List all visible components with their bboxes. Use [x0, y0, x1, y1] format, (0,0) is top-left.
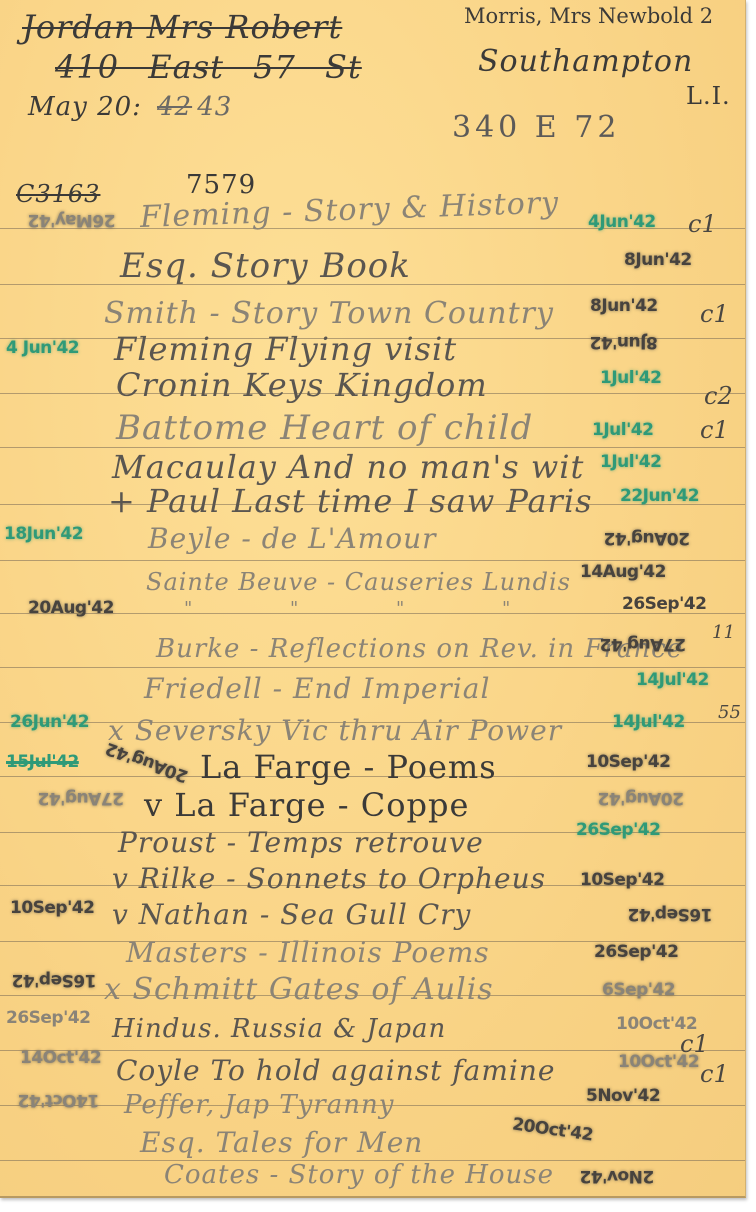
date-stamp-right: 5Nov'42: [586, 1086, 660, 1106]
new-address-line1: Southampton: [478, 44, 693, 79]
date-stamp-right: 14Aug'42: [580, 562, 666, 582]
date-stamp-right: 2Nov'42: [580, 1166, 654, 1186]
book-entry: " " " ": [184, 598, 511, 619]
old-name: Jordan Mrs Robert: [22, 8, 342, 46]
date-line-year: 43: [197, 92, 232, 122]
book-entry: Esq. Tales for Men: [140, 1126, 423, 1159]
copy-mark: 55: [718, 702, 741, 723]
copy-mark: 11: [712, 622, 735, 643]
ruled-line: [0, 1050, 745, 1051]
date-stamp-left: 26Sep'42: [6, 1008, 90, 1028]
old-account-number: C3163: [16, 180, 100, 208]
copy-mark: c1: [700, 300, 729, 328]
date-stamp-right: 1Jul'42: [600, 452, 661, 472]
date-stamp-right: 26Sep'42: [594, 942, 678, 962]
book-entry: Hindus. Russia & Japan: [112, 1014, 446, 1044]
date-stamp-right: 8Jun'42: [590, 332, 658, 352]
book-entry: x Seversky Vic thru Air Power: [108, 714, 562, 747]
book-entry: v La Farge - Coppe: [144, 786, 469, 824]
book-entry: Beyle - de L'Amour: [148, 522, 436, 555]
date-stamp-right: 26Sep'42: [622, 594, 706, 614]
book-entry: Smith - Story Town Country: [104, 296, 554, 331]
copy-mark: c1: [700, 1060, 729, 1088]
copy-mark: c2: [704, 382, 733, 410]
old-address: 410 East 57 St: [55, 48, 362, 86]
date-stamp-left: 27Aug'42: [38, 788, 124, 808]
book-entry: Peffer, Jap Tyranny: [124, 1090, 394, 1120]
date-stamp-right: 10Sep'42: [586, 752, 670, 772]
date-stamp-left: 15Jul'42: [6, 752, 79, 772]
date-stamp-right: 10Sep'42: [580, 870, 664, 890]
date-line-struck-year: 42: [157, 92, 192, 122]
date-stamp-left: 4 Jun'42: [6, 338, 79, 358]
date-stamp-left: 14Oct'42: [20, 1048, 101, 1068]
date-stamp-right: 20Aug'42: [604, 528, 690, 548]
date-stamp-right: 14Jul'42: [612, 712, 685, 732]
ruled-line: [0, 560, 745, 561]
date-stamp-left: 20Aug'42: [28, 598, 114, 618]
date-stamp-right: 10Oct'42: [618, 1052, 699, 1072]
book-entry: v Rilke - Sonnets to Orpheus: [112, 862, 546, 895]
date-line: May 20: 42 43: [28, 92, 232, 122]
book-entry: Fleming Flying visit: [114, 330, 457, 368]
borrower-card: Jordan Mrs Robert 410 East 57 St May 20:…: [0, 0, 746, 1198]
date-line-prefix: May 20:: [28, 92, 142, 122]
book-entry: Battome Heart of child: [116, 408, 533, 448]
date-stamp-right: 1Jul'42: [600, 368, 661, 388]
date-stamp-right: 4Jun'42: [588, 212, 656, 232]
book-entry: + Paul Last time I saw Paris: [108, 482, 593, 520]
book-entry: Coyle To hold against famine: [116, 1054, 555, 1087]
date-stamp-right: 20Aug'42: [598, 788, 684, 808]
date-stamp-left: 18Jun'42: [4, 524, 83, 544]
date-stamp-right: 8Jun'42: [590, 296, 658, 316]
book-entry: Cronin Keys Kingdom: [116, 366, 488, 404]
book-entry: Coates - Story of the House: [164, 1160, 554, 1190]
date-stamp-left: 14Oct'42: [18, 1090, 99, 1110]
date-stamp-right: 8Jun'42: [624, 250, 692, 270]
date-stamp-right: 10Oct'42: [616, 1014, 697, 1034]
new-address-line2: L.I.: [686, 82, 731, 110]
date-stamp-left: 10Sep'42: [10, 898, 94, 918]
book-entry: Proust - Temps retrouve: [118, 826, 484, 859]
date-stamp-right: 6Sep'42: [602, 980, 675, 1000]
book-entry: Masters - Illinois Poems: [126, 936, 490, 969]
date-stamp-left: 26May'42: [28, 210, 115, 230]
copy-mark: c1: [700, 416, 729, 444]
new-name: Morris, Mrs Newbold 2: [464, 4, 713, 28]
date-stamp-left: 26Jun'42: [10, 712, 89, 732]
new-street: 340 E 72: [452, 110, 620, 145]
book-entry: Macaulay And no man's wit: [112, 448, 584, 486]
copy-mark: c1: [688, 210, 717, 238]
book-entry: x Schmitt Gates of Aulis: [104, 972, 494, 1007]
book-entry: Esq. Story Book: [120, 246, 411, 286]
date-stamp-right: 14Jul'42: [636, 670, 709, 690]
date-stamp-right: 27Aug'42: [600, 634, 686, 654]
date-stamp-right: 1Jul'42: [592, 420, 653, 440]
date-stamp-right: 22Jun'42: [620, 486, 699, 506]
book-entry: Friedell - End Imperial: [144, 672, 490, 705]
date-stamp-right: 16Sep'42: [628, 904, 712, 924]
book-entry: v Nathan - Sea Gull Cry: [112, 898, 471, 931]
book-entry: La Farge - Poems: [200, 748, 497, 786]
book-entry: Sainte Beuve - Causeries Lundis: [146, 568, 571, 596]
ruled-line: [0, 667, 745, 668]
date-stamp-right: 20Oct'42: [511, 1114, 594, 1145]
date-stamp-right: 26Sep'42: [576, 820, 660, 840]
date-stamp-left: 16Sep'42: [12, 970, 96, 990]
